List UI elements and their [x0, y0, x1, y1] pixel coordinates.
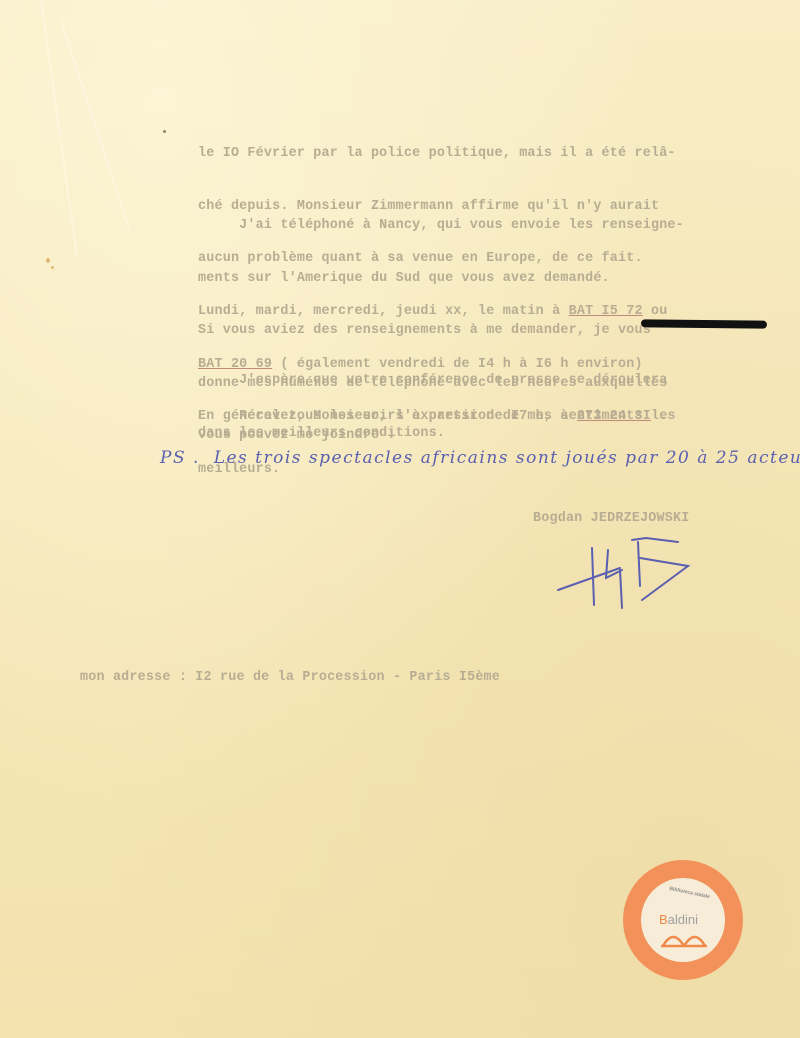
paper-stain — [163, 130, 166, 133]
text-line: le IO Février par la police politique, m… — [198, 145, 676, 163]
paper-stain — [46, 258, 50, 263]
paper-crease — [40, 0, 78, 257]
text-line: J'ai téléphoné à Nancy, qui vous envoie … — [198, 217, 684, 235]
stamp-small-text: Biblioteca statale — [669, 886, 710, 900]
paper-crease — [60, 19, 130, 229]
stamp-inner: Biblioteca statale Baldini — [641, 878, 725, 962]
stamp-name: Baldini — [659, 912, 698, 927]
signature-icon — [550, 530, 710, 620]
address-line: mon adresse : I2 rue de la Procession - … — [80, 669, 500, 687]
paper-stain — [51, 266, 54, 269]
text-line: Recevez, Monsieur, l'expression de mes s… — [198, 408, 676, 426]
handwritten-postscript: PS . Les trois spectacles africains sont… — [160, 448, 800, 468]
book-icon — [661, 928, 707, 948]
closing: Recevez, Monsieur, l'expression de mes s… — [198, 373, 676, 513]
phone-number: BAT I5 72 — [569, 304, 643, 319]
redaction-mark — [641, 319, 767, 328]
signatory-name: Bogdan JEDRZEJOWSKI — [533, 510, 689, 528]
schedule-line-1: Lundi, mardi, mercredi, jeudi xx, le mat… — [198, 303, 667, 321]
library-stamp: Biblioteca statale Baldini — [623, 860, 743, 980]
document-page: le IO Février par la police politique, m… — [0, 0, 800, 1038]
